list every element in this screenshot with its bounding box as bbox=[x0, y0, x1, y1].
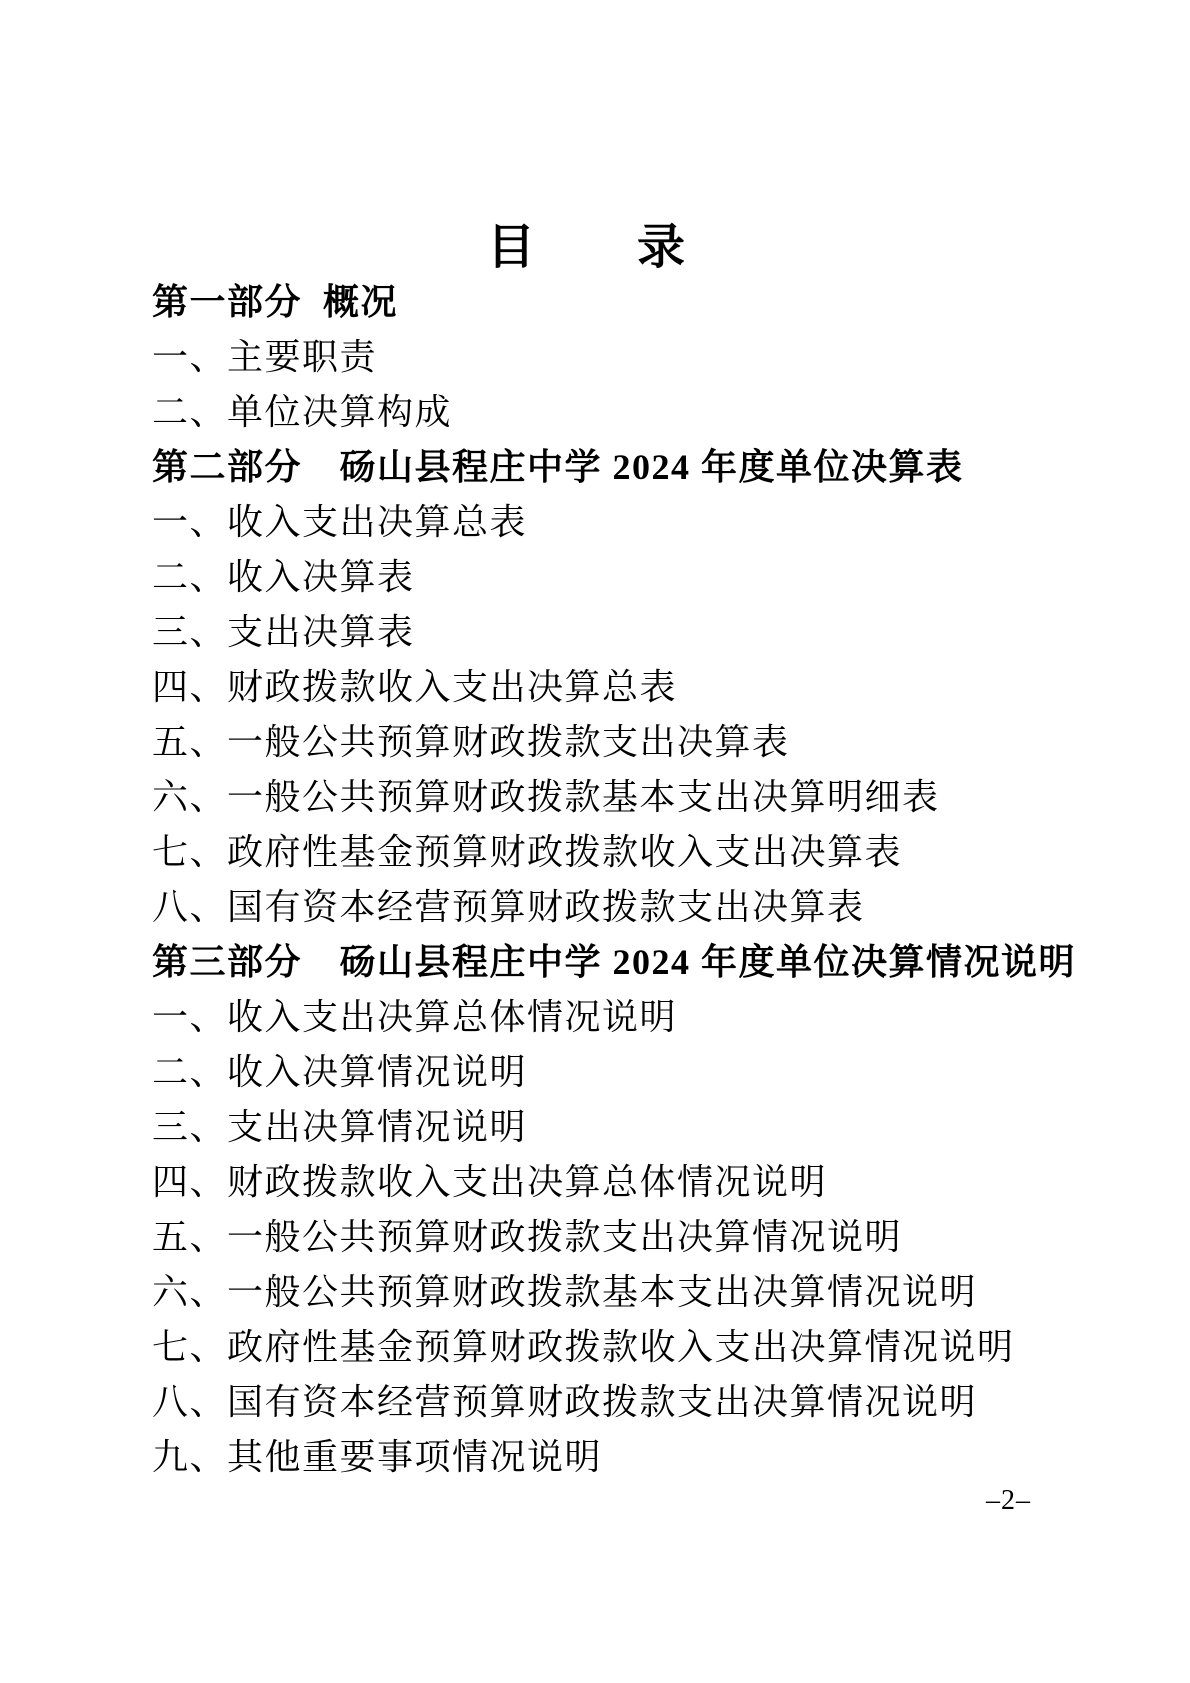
table-of-contents: 第一部分 概况 一、主要职责 二、单位决算构成 第二部分 砀山县程庄中学 202… bbox=[152, 275, 1130, 1485]
toc-item: 五、一般公共预算财政拨款支出决算情况说明 bbox=[152, 1210, 1130, 1265]
toc-item: 二、收入决算情况说明 bbox=[152, 1045, 1130, 1100]
toc-item: 二、单位决算构成 bbox=[152, 385, 1130, 440]
toc-item: 四、财政拨款收入支出决算总体情况说明 bbox=[152, 1155, 1130, 1210]
toc-item: 七、政府性基金预算财政拨款收入支出决算情况说明 bbox=[152, 1320, 1130, 1375]
toc-item: 三、支出决算情况说明 bbox=[152, 1100, 1130, 1155]
toc-part-1-heading: 第一部分 概况 bbox=[152, 275, 1130, 330]
toc-item: 六、一般公共预算财政拨款基本支出决算明细表 bbox=[152, 770, 1130, 825]
toc-item: 七、政府性基金预算财政拨款收入支出决算表 bbox=[152, 825, 1130, 880]
toc-item: 二、收入决算表 bbox=[152, 550, 1130, 605]
toc-item: 五、一般公共预算财政拨款支出决算表 bbox=[152, 715, 1130, 770]
toc-part-3-heading: 第三部分 砀山县程庄中学 2024 年度单位决算情况说明 bbox=[152, 935, 1130, 990]
toc-item: 六、一般公共预算财政拨款基本支出决算情况说明 bbox=[152, 1265, 1130, 1320]
toc-item: 三、支出决算表 bbox=[152, 605, 1130, 660]
toc-item: 八、国有资本经营预算财政拨款支出决算情况说明 bbox=[152, 1375, 1130, 1430]
toc-part-2-heading: 第二部分 砀山县程庄中学 2024 年度单位决算表 bbox=[152, 440, 1130, 495]
toc-item: 一、收入支出决算总表 bbox=[152, 495, 1130, 550]
toc-item: 九、其他重要事项情况说明 bbox=[152, 1430, 1130, 1485]
page-title: 目 录 bbox=[0, 220, 1174, 275]
toc-item: 四、财政拨款收入支出决算总表 bbox=[152, 660, 1130, 715]
page-number: –2– bbox=[986, 1484, 1031, 1518]
document-page: 目 录 第一部分 概况 一、主要职责 二、单位决算构成 第二部分 砀山县程庄中学… bbox=[0, 0, 1190, 1683]
toc-item: 一、主要职责 bbox=[152, 330, 1130, 385]
toc-item: 八、国有资本经营预算财政拨款支出决算表 bbox=[152, 880, 1130, 935]
toc-item: 一、收入支出决算总体情况说明 bbox=[152, 990, 1130, 1045]
